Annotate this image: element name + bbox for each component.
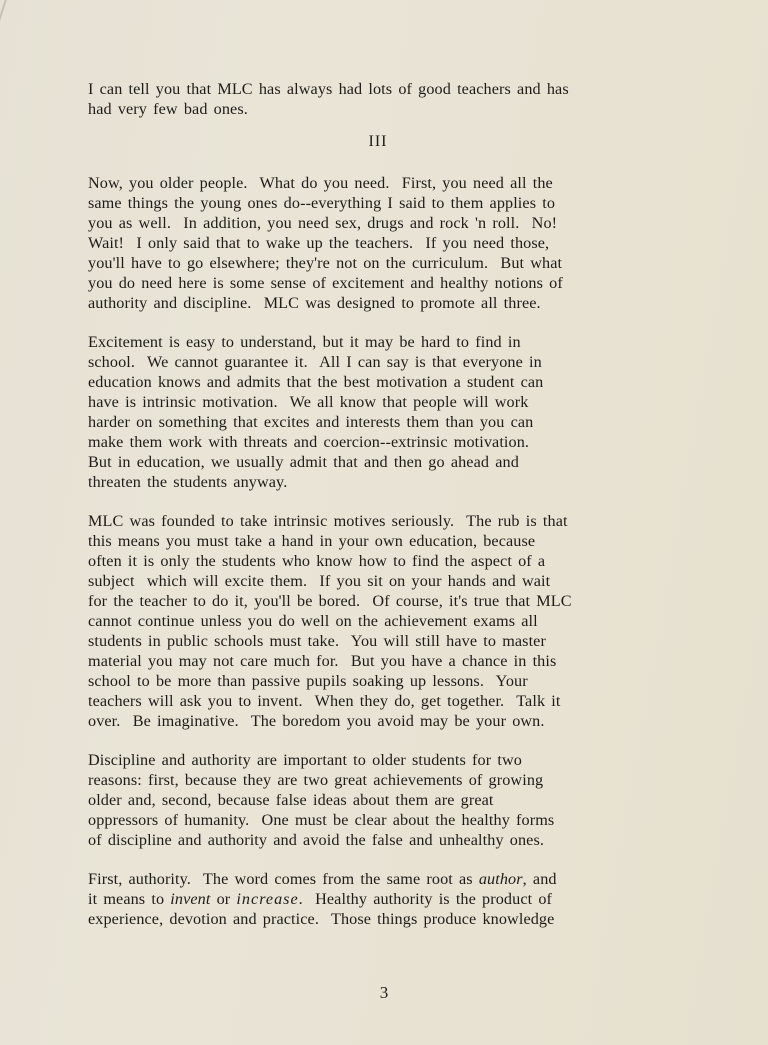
text-line: cannot continue unless you do well on th…	[88, 611, 678, 631]
text-line: subject which will excite them. If you s…	[88, 571, 678, 591]
italic-word: author	[479, 870, 523, 888]
text-line: material you may not care much for. But …	[88, 651, 678, 671]
text-line: Discipline and authority are important t…	[88, 750, 678, 770]
paragraph-older-people: Now, you older people. What do you need.…	[88, 173, 678, 313]
section-heading: III	[88, 133, 668, 151]
text-line: you do need here is some sense of excite…	[88, 273, 678, 293]
italic-word: increase	[236, 890, 298, 908]
text-line: school to be more than passive pupils so…	[88, 671, 678, 691]
document-body: I can tell you that MLC has always had l…	[88, 79, 678, 948]
text-line: you'll have to go elsewhere; they're not…	[88, 253, 678, 273]
paragraph-first-authority: First, authority. The word comes from th…	[88, 869, 678, 929]
text-line: students in public schools must take. Yo…	[88, 631, 678, 651]
text-segment: it means to	[88, 890, 170, 908]
text-line: Now, you older people. What do you need.…	[88, 173, 678, 193]
text-line: it means to invent or increase. Healthy …	[88, 889, 678, 909]
text-line: Wait! I only said that to wake up the te…	[88, 233, 678, 253]
text-line: experience, devotion and practice. Those…	[88, 909, 678, 929]
text-line: school. We cannot guarantee it. All I ca…	[88, 352, 678, 372]
text-segment: , and	[523, 870, 557, 888]
text-line: teachers will ask you to invent. When th…	[88, 691, 678, 711]
text-line: have is intrinsic motivation. We all kno…	[88, 392, 678, 412]
page-edge-shadow	[0, 0, 10, 86]
text-line: you as well. In addition, you need sex, …	[88, 213, 678, 233]
text-line: authority and discipline. MLC was design…	[88, 293, 678, 313]
paragraph-excitement: Excitement is easy to understand, but it…	[88, 332, 678, 492]
text-line: threaten the students anyway.	[88, 472, 678, 492]
text-line: this means you must take a hand in your …	[88, 531, 678, 551]
text-line: of discipline and authority and avoid th…	[88, 830, 678, 850]
paragraph-discipline-authority: Discipline and authority are important t…	[88, 750, 678, 850]
text-segment: . Healthy authority is the product of	[299, 890, 552, 908]
text-line: over. Be imaginative. The boredom you av…	[88, 711, 678, 731]
text-line: same things the young ones do--everythin…	[88, 193, 678, 213]
text-line: oppressors of humanity. One must be clea…	[88, 810, 678, 830]
text-line: First, authority. The word comes from th…	[88, 869, 678, 889]
text-line: had very few bad ones.	[88, 99, 678, 119]
intro-paragraph: I can tell you that MLC has always had l…	[88, 79, 678, 119]
page-number: 3	[0, 983, 768, 1003]
text-line: education knows and admits that the best…	[88, 372, 678, 392]
text-line: often it is only the students who know h…	[88, 551, 678, 571]
paragraph-intrinsic-motives: MLC was founded to take intrinsic motive…	[88, 511, 678, 731]
text-line: reasons: first, because they are two gre…	[88, 770, 678, 790]
text-line: for the teacher to do it, you'll be bore…	[88, 591, 678, 611]
text-line: I can tell you that MLC has always had l…	[88, 79, 678, 99]
text-line: But in education, we usually admit that …	[88, 452, 678, 472]
text-line: older and, second, because false ideas a…	[88, 790, 678, 810]
text-line: harder on something that excites and int…	[88, 412, 678, 432]
text-segment: or	[210, 890, 236, 908]
text-line: MLC was founded to take intrinsic motive…	[88, 511, 678, 531]
italic-word: invent	[170, 890, 210, 908]
text-line: make them work with threats and coercion…	[88, 432, 678, 452]
text-line: Excitement is easy to understand, but it…	[88, 332, 678, 352]
text-segment: First, authority. The word comes from th…	[88, 870, 479, 888]
